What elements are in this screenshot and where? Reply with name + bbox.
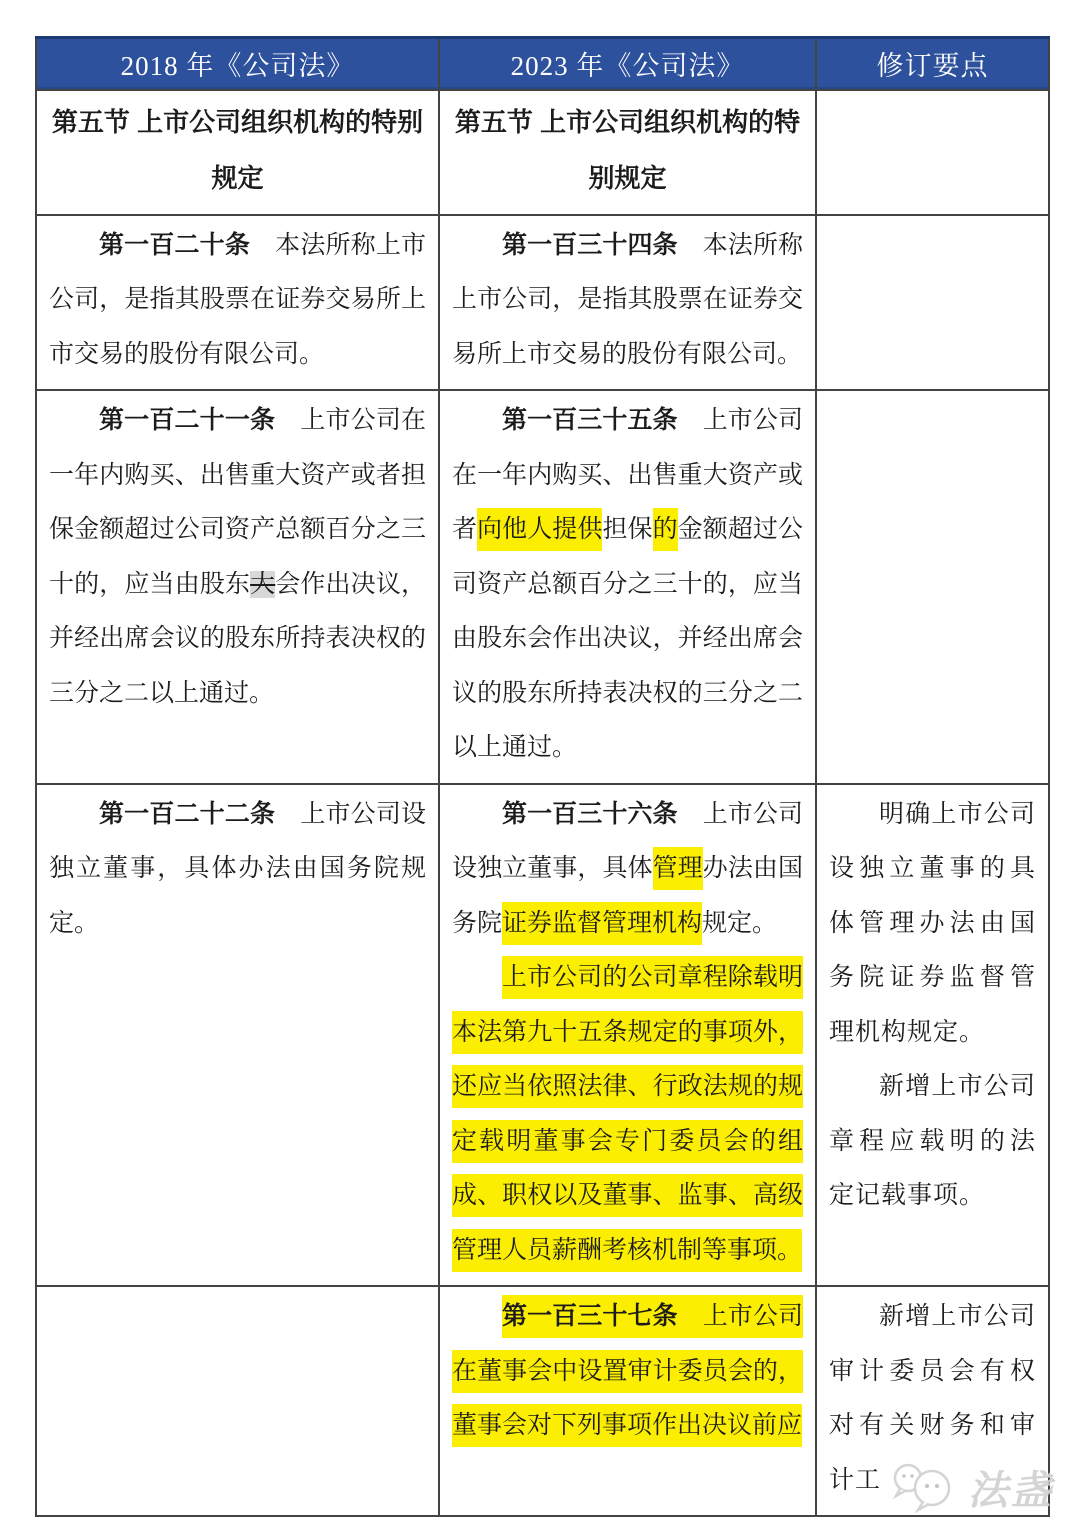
watermark: 法盏 xyxy=(890,1458,1054,1516)
law-comparison-table: 2018 年《公司法》 2023 年《公司法》 修订要点 第五节 上市公司组织机… xyxy=(35,36,1050,1517)
paragraph: 上市公司的公司章程除载明本法第九十五条规定的事项外，还应当依照法律、行政法规的规… xyxy=(452,951,803,1278)
column-header-revision-points: 修订要点 xyxy=(816,38,1049,90)
text-segment: 第一百二十条 xyxy=(99,232,250,259)
paragraph: 第一百二十条 本法所称上市公司，是指其股票在证券交易所上市交易的股份有限公司。 xyxy=(49,219,426,383)
column-header-2023-law: 2023 年《公司法》 xyxy=(439,38,816,90)
watermark-text: 法盏 xyxy=(968,1459,1054,1516)
article-120-row: 第一百二十条 本法所称上市公司，是指其股票在证券交易所上市交易的股份有限公司。第… xyxy=(36,215,1049,391)
table-body: 第五节 上市公司组织机构的特别规定第五节 上市公司组织机构的特别规定第一百二十条… xyxy=(36,90,1049,1517)
table-header-row: 2018 年《公司法》 2023 年《公司法》 修订要点 xyxy=(36,38,1049,90)
text-segment: 第一百三十四条 xyxy=(502,232,678,259)
text-segment: 第一百三十五条 xyxy=(502,407,678,434)
page: 2018 年《公司法》 2023 年《公司法》 修订要点 第五节 上市公司组织机… xyxy=(0,0,1080,1527)
paragraph: 第一百二十二条 上市公司设独立董事，具体办法由国务院规定。 xyxy=(49,788,426,952)
text-segment: 第一百三十六条 xyxy=(502,801,678,828)
highlighted-text-segment: 证券监督管理机构 xyxy=(502,902,702,945)
text-segment: 上市公司在一年内购买、出售重大资产或者担保金额超过公司资产总额百分之三十的，应当… xyxy=(49,407,426,598)
paragraph: 明确上市公司设独立董事的具体管理办法由国务院证券监督管理机构规定。 xyxy=(829,788,1036,1061)
paragraph: 第一百三十五条 上市公司在一年内购买、出售重大资产或者向他人提供担保的金额超过公… xyxy=(452,394,803,776)
article-120-row-cell-2 xyxy=(816,215,1049,391)
article-121-row-cell-0: 第一百二十一条 上市公司在一年内购买、出售重大资产或者担保金额超过公司资产总额百… xyxy=(36,390,439,784)
article-122-row-cell-2: 明确上市公司设独立董事的具体管理办法由国务院证券监督管理机构规定。新增上市公司章… xyxy=(816,784,1049,1287)
paragraph: 第一百三十七条 上市公司在董事会中设置审计委员会的，董事会对下列事项作出决议前应 xyxy=(452,1290,803,1454)
highlighted-text-segment: 的 xyxy=(653,508,678,551)
highlighted-text-segment: 向他人提供 xyxy=(477,508,602,551)
paragraph: 第一百二十一条 上市公司在一年内购买、出售重大资产或者担保金额超过公司资产总额百… xyxy=(49,394,426,721)
text-segment: 第一百二十二条 xyxy=(99,801,275,828)
article-137-row-cell-0 xyxy=(36,1286,439,1516)
section-row-cell-0: 第五节 上市公司组织机构的特别规定 xyxy=(36,90,439,215)
text-segment: 明确上市公司设独立董事的具体管理办法由国务院证券监督管理机构规定。 xyxy=(829,801,1036,1046)
article-122-row: 第一百二十二条 上市公司设独立董事，具体办法由国务院规定。第一百三十六条 上市公… xyxy=(36,784,1049,1287)
article-122-row-cell-1: 第一百三十六条 上市公司设独立董事，具体管理办法由国务院证券监督管理机构规定。上… xyxy=(439,784,816,1287)
chat-bubbles-icon xyxy=(890,1458,962,1516)
section-row: 第五节 上市公司组织机构的特别规定第五节 上市公司组织机构的特别规定 xyxy=(36,90,1049,215)
highlighted-text-segment: 上市公司的公司章程除载明本法第九十五条规定的事项外，还应当依照法律、行政法规的规… xyxy=(452,956,803,1272)
paragraph: 第一百三十六条 上市公司设独立董事，具体管理办法由国务院证券监督管理机构规定。 xyxy=(452,788,803,952)
text-segment: 第五节 上市公司组织机构的特别规定 xyxy=(52,107,423,194)
highlighted-text-segment: 管理 xyxy=(653,847,703,890)
paragraph: 新增上市公司章程应载明的法定记载事项。 xyxy=(829,1060,1036,1224)
article-120-row-cell-1: 第一百三十四条 本法所称上市公司，是指其股票在证券交易所上市交易的股份有限公司。 xyxy=(439,215,816,391)
highlighted-text-segment: 第一百三十七条 xyxy=(502,1295,678,1338)
section-row-cell-1: 第五节 上市公司组织机构的特别规定 xyxy=(439,90,816,215)
text-segment: 规定。 xyxy=(702,910,777,937)
article-120-row-cell-0: 第一百二十条 本法所称上市公司，是指其股票在证券交易所上市交易的股份有限公司。 xyxy=(36,215,439,391)
article-137-row-cell-1: 第一百三十七条 上市公司在董事会中设置审计委员会的，董事会对下列事项作出决议前应 xyxy=(439,1286,816,1516)
text-segment: 第五节 上市公司组织机构的特别规定 xyxy=(455,107,800,194)
article-121-row: 第一百二十一条 上市公司在一年内购买、出售重大资产或者担保金额超过公司资产总额百… xyxy=(36,390,1049,784)
article-122-row-cell-0: 第一百二十二条 上市公司设独立董事，具体办法由国务院规定。 xyxy=(36,784,439,1287)
section-heading: 第五节 上市公司组织机构的特别规定 xyxy=(452,94,803,207)
text-segment: 担保 xyxy=(602,516,652,543)
text-segment: 新增上市公司章程应载明的法定记载事项。 xyxy=(829,1073,1036,1209)
article-121-row-cell-1: 第一百三十五条 上市公司在一年内购买、出售重大资产或者向他人提供担保的金额超过公… xyxy=(439,390,816,784)
text-segment: 第一百二十一条 xyxy=(99,407,275,434)
section-row-cell-2 xyxy=(816,90,1049,215)
text-segment: 金额超过公司资产总额百分之三十的，应当由股东会作出决议，并经出席会议的股东所持表… xyxy=(452,516,803,761)
article-121-row-cell-2 xyxy=(816,390,1049,784)
section-heading: 第五节 上市公司组织机构的特别规定 xyxy=(49,94,426,207)
column-header-2018-law: 2018 年《公司法》 xyxy=(36,38,439,90)
paragraph: 第一百三十四条 本法所称上市公司，是指其股票在证券交易所上市交易的股份有限公司。 xyxy=(452,219,803,383)
struck-text-segment: 大 xyxy=(250,571,275,598)
